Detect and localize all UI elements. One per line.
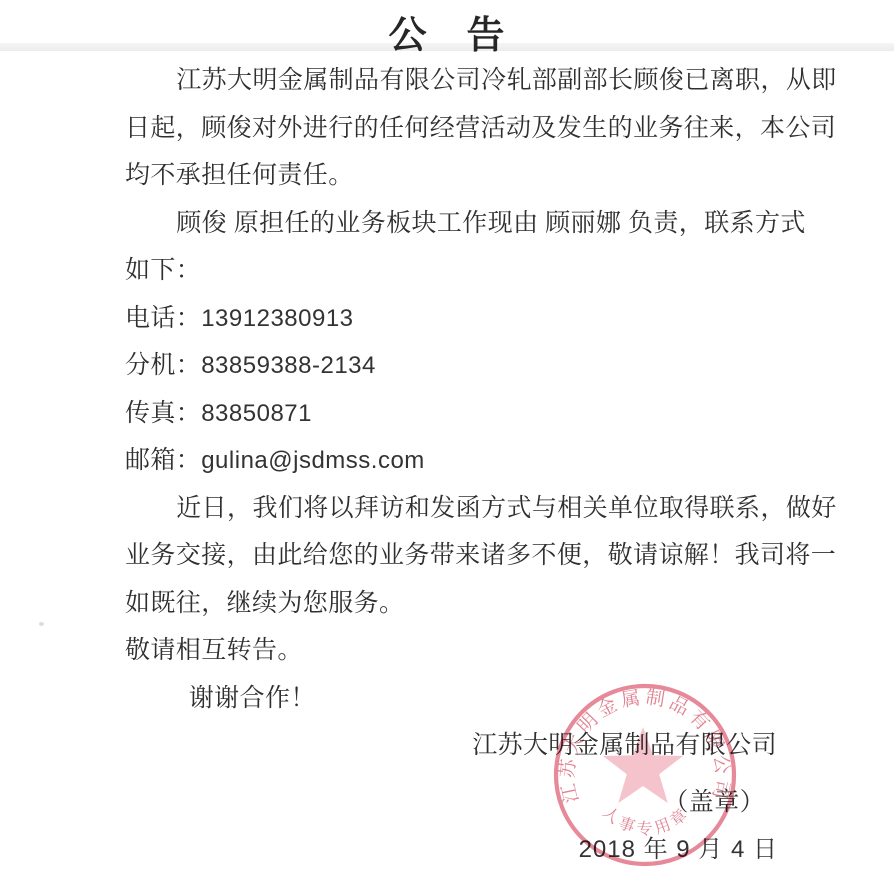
body-line: 业务交接，由此给您的业务带来诸多不便，敬请谅解！我司将一 [125,532,894,580]
body-line: 顾俊 原担任的业务板块工作现由 顾丽娜 负责，联系方式 [125,200,894,248]
email-value: gulina@jsdmss.com [201,447,425,474]
contact-line-phone: 电话：13912380913 [125,295,894,343]
phone-label: 电话： [125,305,201,332]
document-title: 公 告 [0,4,894,59]
body-line: 如下： [125,247,894,295]
body-line: 江苏大明金属制品有限公司冷轧部副部长顾俊已离职，从即 [125,57,894,105]
signature-seal-note: （盖章） [125,779,894,827]
extension-label: 分机： [125,352,201,379]
signature-date: 2018 年 9 月 4 日 [125,826,894,874]
body-line: 近日，我们将以拜访和发函方式与相关单位取得联系，做好 [125,485,894,533]
body-line: 如既往，继续为您服务。 [125,580,894,628]
announcement-document: 公 告 江苏大明金属制品有限公司冷轧部副部长顾俊已离职，从即 日起，顾俊对外进行… [0,0,894,892]
extension-value: 83859388-2134 [201,352,376,379]
contact-line-fax: 传真：83850871 [125,390,894,438]
phone-value: 13912380913 [201,305,353,332]
body-line: 日起，顾俊对外进行的任何经营活动及发生的业务往来，本公司 [125,105,894,153]
fax-label: 传真： [125,400,201,427]
contact-line-email: 邮箱：gulina@jsdmss.com [125,437,894,485]
notice-line: 敬请相互转告。 [125,627,894,675]
email-label: 邮箱： [125,447,201,474]
document-body: 江苏大明金属制品有限公司冷轧部副部长顾俊已离职，从即 日起，顾俊对外进行的任何经… [0,57,894,874]
body-line: 均不承担任何责任。 [125,152,894,200]
thanks-line: 谢谢合作！ [125,675,894,723]
fax-value: 83850871 [201,400,312,427]
signature-company: 江苏大明金属制品有限公司 [125,722,894,770]
contact-line-extension: 分机：83859388-2134 [125,342,894,390]
